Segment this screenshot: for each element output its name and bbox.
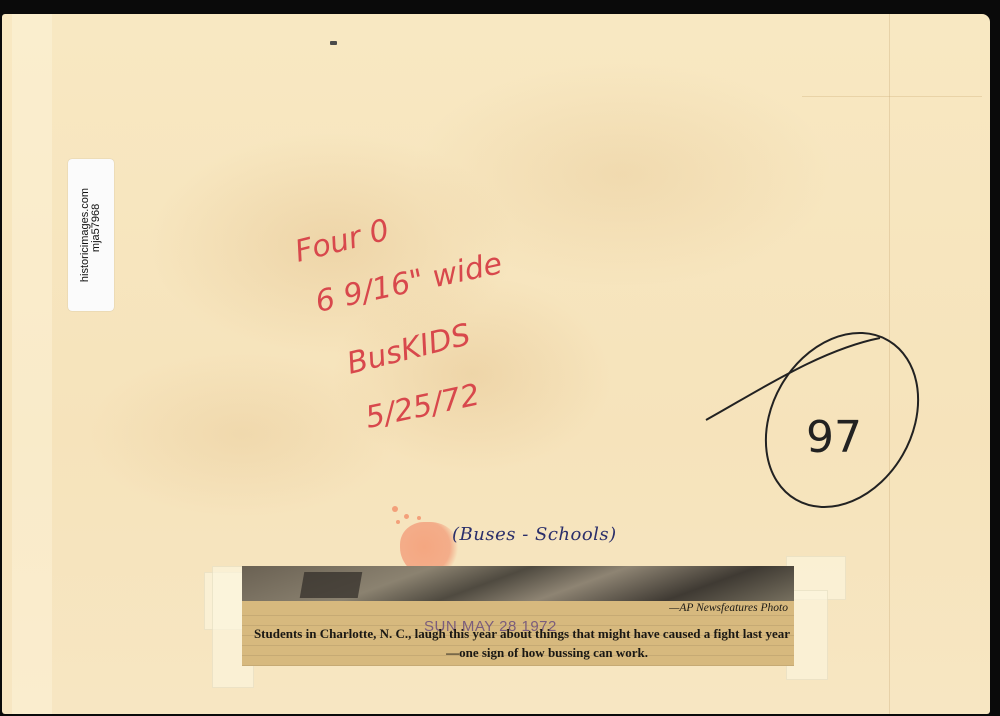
category-label: (Buses - Schools) bbox=[452, 524, 617, 545]
stain-dot bbox=[417, 516, 421, 520]
stain-dot bbox=[396, 520, 400, 524]
stain-dot bbox=[392, 506, 398, 512]
sticker-id: mja57968 bbox=[91, 188, 102, 252]
barcode-sticker: historicimages.com mja57968 bbox=[68, 159, 114, 311]
photo-credit: —AP Newsfeatures Photo bbox=[669, 602, 788, 614]
sticker-text: historicimages.com mja57968 bbox=[80, 188, 102, 282]
clipping-photo bbox=[242, 566, 794, 601]
staple-mark bbox=[330, 41, 337, 45]
caption-line-2: —one sign of how bussing can work. bbox=[242, 643, 790, 662]
caption-line-1: Students in Charlotte, N. C., laugh this… bbox=[242, 624, 790, 643]
fold-crease bbox=[802, 96, 982, 97]
newspaper-clipping: —AP Newsfeatures Photo SUN MAY 28 1972 S… bbox=[242, 566, 794, 666]
stain-dot bbox=[404, 514, 409, 519]
clipping-caption: Students in Charlotte, N. C., laugh this… bbox=[242, 624, 790, 662]
